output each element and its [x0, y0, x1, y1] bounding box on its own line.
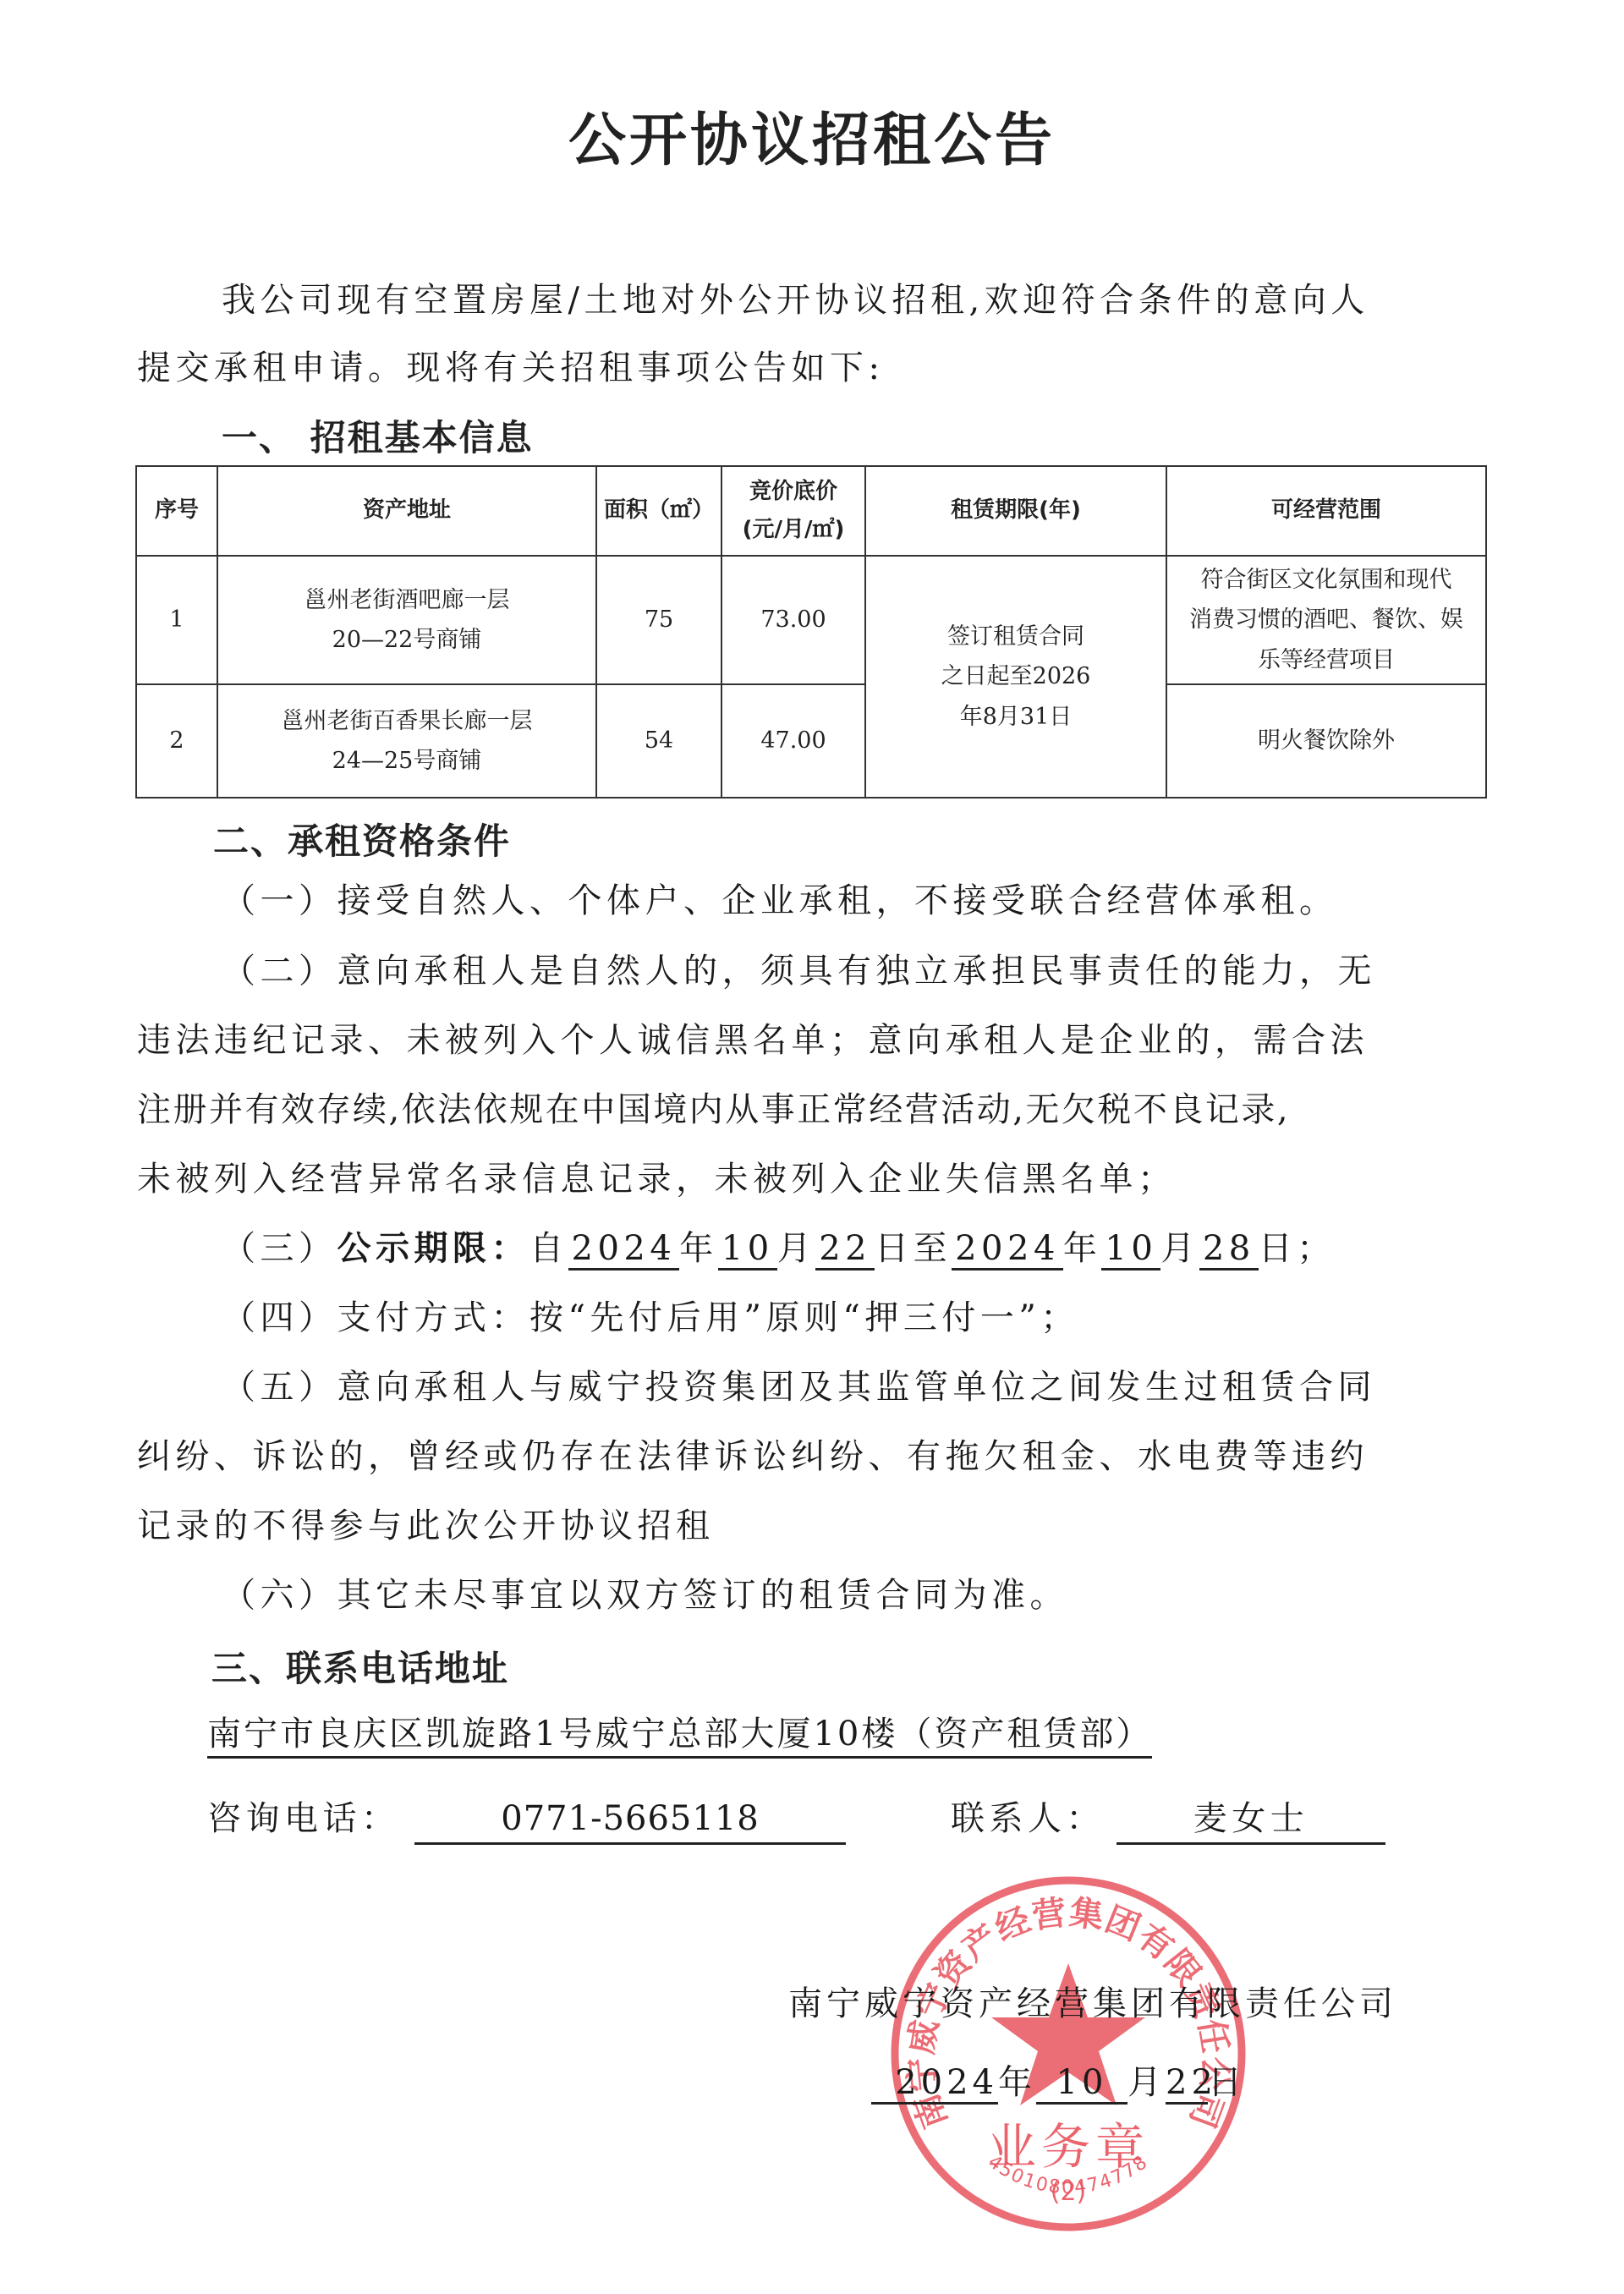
lease-term-cell: 签订租赁合同 之日起至2026 年8月31日: [865, 556, 1166, 798]
document-title: 公开协议招租公告: [0, 95, 1624, 177]
signature-year: 2024: [871, 2063, 998, 2105]
row-1-scope-line-1: 符合街区文化氛围和现代: [1172, 560, 1480, 600]
end-month: 10: [1101, 1229, 1160, 1270]
header-address: 资产地址: [217, 466, 596, 556]
signature-company: 南宁威宁资产经营集团有限责任公司: [788, 1977, 1397, 2025]
end-text: 日；: [1259, 1229, 1336, 1268]
svg-text:4501080474778: 4501080474778: [984, 2151, 1152, 2198]
table-header-row: 序号 资产地址 面积（㎡） 竞价底价 (元/月/㎡) 租赁期限(年) 可经营范围: [136, 466, 1486, 556]
condition-item-1: （一）接受自然人、个体户、企业承租，不接受联合经营体承租。: [222, 884, 1338, 918]
row-2-address-line-2: 24—25号商铺: [223, 741, 590, 781]
condition-item-2-line-1: （二）意向承租人是自然人的，须具有独立承担民事责任的能力，无: [222, 954, 1376, 988]
phone-number: 0771-5665118: [414, 1802, 846, 1845]
year-text-2: 年: [1063, 1229, 1102, 1268]
header-price: 竞价底价 (元/月/㎡): [721, 466, 865, 556]
header-price-line-1: 竞价底价: [727, 473, 859, 512]
condition-item-2-line-4: 未被列入经营异常名录信息记录，未被列入企业失信黑名单；: [137, 1162, 1177, 1196]
company-seal-stamp: 南宁威宁资产经营集团有限责任公司 业务章 (2) 4501080474778: [886, 1872, 1250, 2236]
row-1-address-line-2: 20—22号商铺: [223, 620, 590, 660]
stamp-code: 4501080474778: [984, 2151, 1152, 2198]
section-2-heading: 二、承租资格条件: [213, 814, 511, 864]
condition-item-3: （三）公示期限：自2024年10月22日至2024年10月28日；: [222, 1232, 1336, 1265]
intro-line-1: 我公司现有空置房屋/土地对外公开协议招租,欢迎符合条件的意向人: [222, 283, 1369, 317]
section-3-heading: 三、联系电话地址: [211, 1641, 509, 1692]
to-text: 日至: [875, 1229, 952, 1268]
row-2-address-line-1: 邕州老街百香果长廊一层: [223, 701, 590, 741]
row-2-price: 47.00: [721, 684, 865, 798]
lease-term-line-1: 签订租赁合同: [871, 617, 1160, 656]
condition-item-2-line-3: 注册并有效存续,依法依规在中国境内从事正常经营活动,无欠税不良记录,: [137, 1093, 1290, 1127]
signature-date: 2024年10月22日: [871, 2055, 1246, 2105]
row-1-address-line-1: 邕州老街酒吧廊一层: [223, 580, 590, 620]
end-day: 28: [1199, 1229, 1259, 1270]
table-row: 1 邕州老街酒吧廊一层 20—22号商铺 75 73.00 签订租赁合同 之日起…: [136, 556, 1486, 684]
condition-item-4: （四）支付方式：按“先付后用”原则“押三付一”；: [222, 1301, 1079, 1335]
condition-item-5-line-3: 记录的不得参与此次公开协议招租: [137, 1509, 715, 1543]
row-2-scope: 明火餐饮除外: [1166, 684, 1486, 798]
rental-info-table: 序号 资产地址 面积（㎡） 竞价底价 (元/月/㎡) 租赁期限(年) 可经营范围…: [135, 465, 1487, 799]
condition-item-6: （六）其它未尽事宜以双方签订的租赁合同为准。: [222, 1578, 1068, 1612]
header-no: 序号: [136, 466, 217, 556]
section-1-heading: 一、 招租基本信息: [222, 410, 534, 461]
row-1-scope: 符合街区文化氛围和现代 消费习惯的酒吧、餐饮、娱 乐等经营项目: [1166, 556, 1486, 684]
start-day: 22: [815, 1229, 875, 1270]
contact-address: 南宁市良庆区凯旋路1号威宁总部大厦10楼（资产租赁部）: [207, 1717, 1152, 1759]
signature-day-text: 日: [1208, 2063, 1246, 2102]
header-scope: 可经营范围: [1166, 466, 1486, 556]
row-2-no: 2: [136, 684, 217, 798]
stamp-sub-text: (2): [1051, 2177, 1087, 2207]
lease-term-line-2: 之日起至2026: [871, 656, 1160, 696]
lease-term-line-3: 年8月31日: [871, 697, 1160, 737]
row-1-address: 邕州老街酒吧廊一层 20—22号商铺: [217, 556, 596, 684]
phone-label: 咨询电话：: [207, 1802, 400, 1836]
condition-item-5-line-1: （五）意向承租人与威宁投资集团及其监管单位之间发生过租赁合同: [222, 1370, 1376, 1404]
row-1-area: 75: [596, 556, 721, 684]
contact-person: 麦女士: [1116, 1802, 1385, 1845]
item-3-prefix: （三）: [222, 1229, 337, 1268]
header-area: 面积（㎡）: [596, 466, 721, 556]
start-year: 2024: [568, 1229, 680, 1270]
start-month: 10: [718, 1229, 777, 1270]
signature-month-text: 月: [1127, 2063, 1166, 2102]
end-year: 2024: [952, 1229, 1063, 1270]
intro-line-2: 提交承租申请。现将有关招租事项公告如下:: [137, 351, 884, 385]
header-price-line-2: (元/月/㎡): [727, 511, 859, 550]
stamp-center-text: 业务章: [987, 2118, 1149, 2176]
from-text: 自: [529, 1229, 568, 1268]
row-2-area: 54: [596, 684, 721, 798]
signature-year-text: 年: [998, 2063, 1036, 2102]
row-1-no: 1: [136, 556, 217, 684]
month-text: 月: [777, 1229, 816, 1268]
signature-day: 22: [1166, 2063, 1208, 2105]
condition-item-5-line-2: 纠纷、诉讼的，曾经或仍存在法律诉讼纠纷、有拖欠租金、水电费等违约: [137, 1440, 1369, 1474]
publicity-period-label: 公示期限：: [337, 1229, 530, 1268]
row-2-address: 邕州老街百香果长廊一层 24—25号商铺: [217, 684, 596, 798]
row-1-scope-line-3: 乐等经营项目: [1172, 640, 1480, 680]
year-text: 年: [679, 1229, 718, 1268]
header-lease-term: 租赁期限(年): [865, 466, 1166, 556]
row-1-scope-line-2: 消费习惯的酒吧、餐饮、娱: [1172, 600, 1480, 639]
row-1-price: 73.00: [721, 556, 865, 684]
contact-person-label: 联系人：: [951, 1802, 1105, 1836]
table-row: 2 邕州老街百香果长廊一层 24—25号商铺 54 47.00 明火餐饮除外: [136, 684, 1486, 798]
condition-item-2-line-2: 违法违纪记录、未被列入个人诚信黑名单；意向承租人是企业的，需合法: [137, 1024, 1369, 1057]
month-text-2: 月: [1160, 1229, 1199, 1268]
signature-month: 10: [1036, 2063, 1127, 2105]
